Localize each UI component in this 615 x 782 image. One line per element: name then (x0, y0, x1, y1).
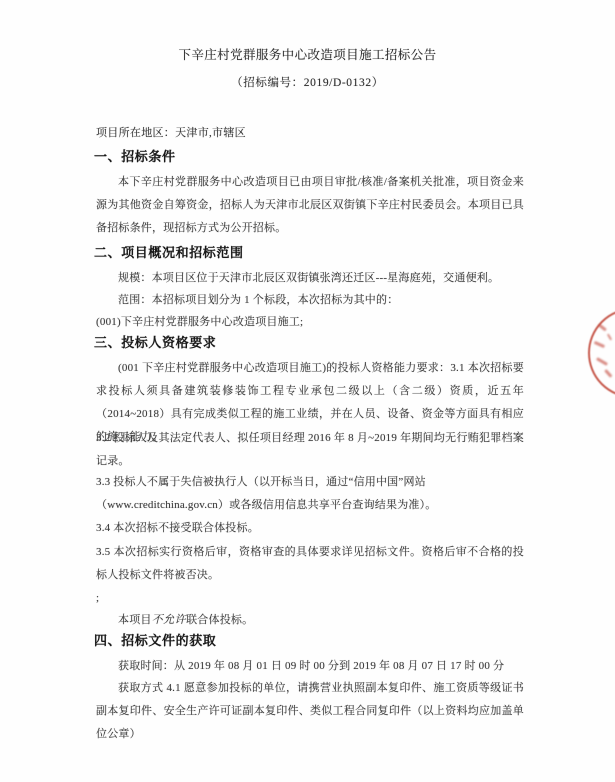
section-1-heading: 一、招标条件 (94, 147, 524, 167)
requirement-3-5: 3.5 本次招标实行资格后审，资格审查的具体要求详见招标文件。资格后审不合格的投… (96, 541, 524, 587)
requirement-3-4: 3.4 本次招标不接受联合体投标。 (96, 517, 524, 540)
project-location-line: 项目所在地区：天津市,市辖区 (96, 123, 526, 143)
document-page: 下辛庄村党群服务中心改造项目施工招标公告 （招标编号：2019/D-0132） … (0, 0, 615, 782)
tender-number: （招标编号：2019/D-0132） (0, 73, 615, 93)
document-title: 下辛庄村党群服务中心改造项目施工招标公告 (0, 45, 615, 65)
project-scale-line: 规模：本项目区位于天津市北辰区双街镇张湾还迁区---星海庭苑，交通便利。 (96, 267, 524, 290)
stray-semicolon-line: ; (96, 587, 524, 610)
project-scope-line: 范围：本招标项目划分为 1 个标段，本次招标为其中的： (96, 289, 524, 312)
obtain-method-line: 获取方式 4.1 愿意参加投标的单位，请携营业执照副本复印件、施工资质等级证书副… (96, 677, 524, 746)
no-joint-venture-emphasis: 不允许 (152, 614, 187, 626)
obtain-time-line: 获取时间：从 2019 年 08 月 01 日 09 时 00 分到 2019 … (96, 655, 524, 678)
seal-glyph-stroke (594, 341, 605, 348)
section-1-body: 本下辛庄村党群服务中心改造项目已由项目审批/核准/备案机关批准，项目资金来源为其… (96, 171, 524, 240)
lot-001-line: (001)下辛庄村党群服务中心改造项目施工; (96, 311, 524, 334)
no-joint-venture-prefix: 本项目 (118, 614, 152, 626)
section-3-heading: 三、投标人资格要求 (94, 333, 524, 353)
seal-glyph-stroke (607, 333, 612, 340)
section-2-heading: 二、项目概况和招标范围 (94, 243, 524, 263)
seal-glyph-stroke (596, 357, 608, 366)
requirement-3-3: 3.3 投标人不属于失信被执行人（以开标当日，通过“信用中国”网站 （www.c… (96, 471, 524, 517)
section-4-heading: 四、招标文件的获取 (94, 631, 524, 651)
seal-glyph-stroke (605, 369, 613, 377)
requirement-3-2: 3.2 投标人及其法定代表人、拟任项目经理 2016 年 8 月~2019 年期… (96, 427, 524, 473)
official-seal-icon (588, 308, 615, 398)
no-joint-venture-line: 本项目不允许联合体投标。 (96, 609, 524, 632)
no-joint-venture-suffix: 联合体投标。 (186, 614, 253, 626)
seal-glyph-stroke (598, 323, 607, 331)
